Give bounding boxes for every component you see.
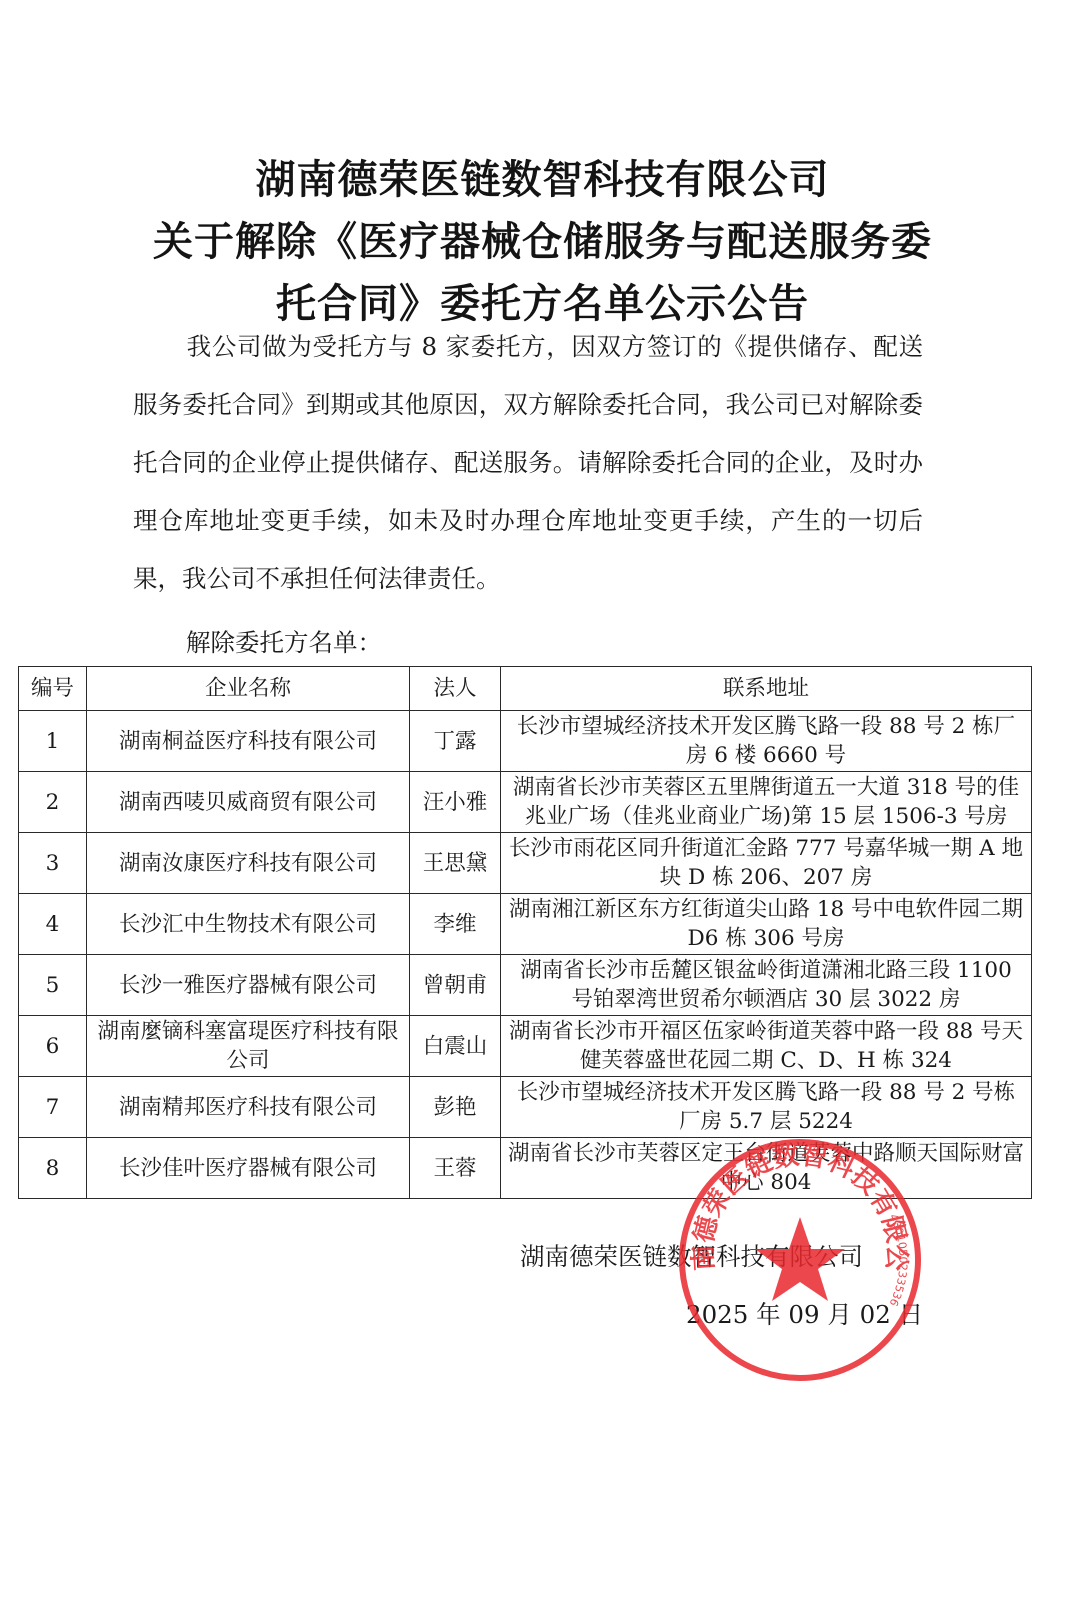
notice-paragraph-text: 我公司做为受托方与 8 家委托方，因双方签订的《提供储存、配送服务委托合同》到期… <box>133 332 923 593</box>
header-no: 编号 <box>19 667 87 711</box>
cell-address: 湖南湘江新区东方红街道尖山路 18 号中电软件园二期 D6 栋 306 号房 <box>501 894 1032 955</box>
cell-address: 湖南省长沙市岳麓区银盆岭街道潇湘北路三段 1100 号铂翠湾世贸希尔顿酒店 30… <box>501 955 1032 1016</box>
cell-no: 7 <box>19 1077 87 1138</box>
cell-rep: 汪小雅 <box>410 772 501 833</box>
header-rep: 法人 <box>410 667 501 711</box>
table-row: 3 湖南汝康医疗科技有限公司 王思黛 长沙市雨花区同升街道汇金路 777 号嘉华… <box>19 833 1032 894</box>
svg-text:4301050233536: 4301050233536 <box>887 1212 910 1308</box>
table-row: 2 湖南西唛贝威商贸有限公司 汪小雅 湖南省长沙市芙蓉区五里牌街道五一大道 31… <box>19 772 1032 833</box>
cell-no: 6 <box>19 1016 87 1077</box>
cell-address: 湖南省长沙市开福区伍家岭街道芙蓉中路一段 88 号天健芙蓉盛世花园二期 C、D、… <box>501 1016 1032 1077</box>
cell-company: 湖南精邦医疗科技有限公司 <box>87 1077 410 1138</box>
cell-no: 1 <box>19 711 87 772</box>
cell-company: 湖南汝康医疗科技有限公司 <box>87 833 410 894</box>
cell-company: 湖南西唛贝威商贸有限公司 <box>87 772 410 833</box>
table-row: 7 湖南精邦医疗科技有限公司 彭艳 长沙市望城经济技术开发区腾飞路一段 88 号… <box>19 1077 1032 1138</box>
cell-no: 5 <box>19 955 87 1016</box>
header-company: 企业名称 <box>87 667 410 711</box>
table-header-row: 编号 企业名称 法人 联系地址 <box>19 667 1032 711</box>
cell-no: 3 <box>19 833 87 894</box>
cell-rep: 王思黛 <box>410 833 501 894</box>
notice-date: 2025 年 09 月 02 日 <box>686 1296 923 1331</box>
list-label: 解除委托方名单： <box>186 624 382 659</box>
cell-rep: 王蓉 <box>410 1138 501 1199</box>
cell-company: 湖南桐益医疗科技有限公司 <box>87 711 410 772</box>
title-line-2: 关于解除《医疗器械仓储服务与配送服务委 <box>0 210 1085 267</box>
cell-address: 湖南省长沙市芙蓉区五里牌街道五一大道 318 号的佳兆业广场（佳兆业商业广场)第… <box>501 772 1032 833</box>
signer-company: 湖南德荣医链数智科技有限公司 <box>520 1238 863 1273</box>
cell-address: 长沙市雨花区同升街道汇金路 777 号嘉华城一期 A 地块 D 栋 206、20… <box>501 833 1032 894</box>
cell-company: 湖南麼镝科塞富瑅医疗科技有限公司 <box>87 1016 410 1077</box>
cell-company: 长沙佳叶医疗器械有限公司 <box>87 1138 410 1199</box>
title-line-1: 湖南德荣医链数智科技有限公司 <box>0 148 1085 205</box>
header-address: 联系地址 <box>501 667 1032 711</box>
cell-address: 长沙市望城经济技术开发区腾飞路一段 88 号 2 栋厂房 6 楼 6660 号 <box>501 711 1032 772</box>
cell-rep: 曾朝甫 <box>410 955 501 1016</box>
table-row: 5 长沙一雅医疗器械有限公司 曾朝甫 湖南省长沙市岳麓区银盆岭街道潇湘北路三段 … <box>19 955 1032 1016</box>
notice-paragraph: 我公司做为受托方与 8 家委托方，因双方签订的《提供储存、配送服务委托合同》到期… <box>133 318 923 608</box>
cell-company: 长沙一雅医疗器械有限公司 <box>87 955 410 1016</box>
cell-rep: 李维 <box>410 894 501 955</box>
cell-no: 4 <box>19 894 87 955</box>
table-row: 8 长沙佳叶医疗器械有限公司 王蓉 湖南省长沙市芙蓉区定王台街道芙蓉中路顺天国际… <box>19 1138 1032 1199</box>
cell-company: 长沙汇中生物技术有限公司 <box>87 894 410 955</box>
cell-address: 湖南省长沙市芙蓉区定王台街道芙蓉中路顺天国际财富中心 804 <box>501 1138 1032 1199</box>
cell-rep: 丁露 <box>410 711 501 772</box>
terminated-clients-table: 编号 企业名称 法人 联系地址 1 湖南桐益医疗科技有限公司 丁露 长沙市望城经… <box>18 666 1032 1199</box>
table-row: 6 湖南麼镝科塞富瑅医疗科技有限公司 白震山 湖南省长沙市开福区伍家岭街道芙蓉中… <box>19 1016 1032 1077</box>
table-row: 4 长沙汇中生物技术有限公司 李维 湖南湘江新区东方红街道尖山路 18 号中电软… <box>19 894 1032 955</box>
table-row: 1 湖南桐益医疗科技有限公司 丁露 长沙市望城经济技术开发区腾飞路一段 88 号… <box>19 711 1032 772</box>
cell-rep: 白震山 <box>410 1016 501 1077</box>
cell-no: 8 <box>19 1138 87 1199</box>
cell-rep: 彭艳 <box>410 1077 501 1138</box>
cell-address: 长沙市望城经济技术开发区腾飞路一段 88 号 2 号栋厂房 5.7 层 5224 <box>501 1077 1032 1138</box>
cell-no: 2 <box>19 772 87 833</box>
